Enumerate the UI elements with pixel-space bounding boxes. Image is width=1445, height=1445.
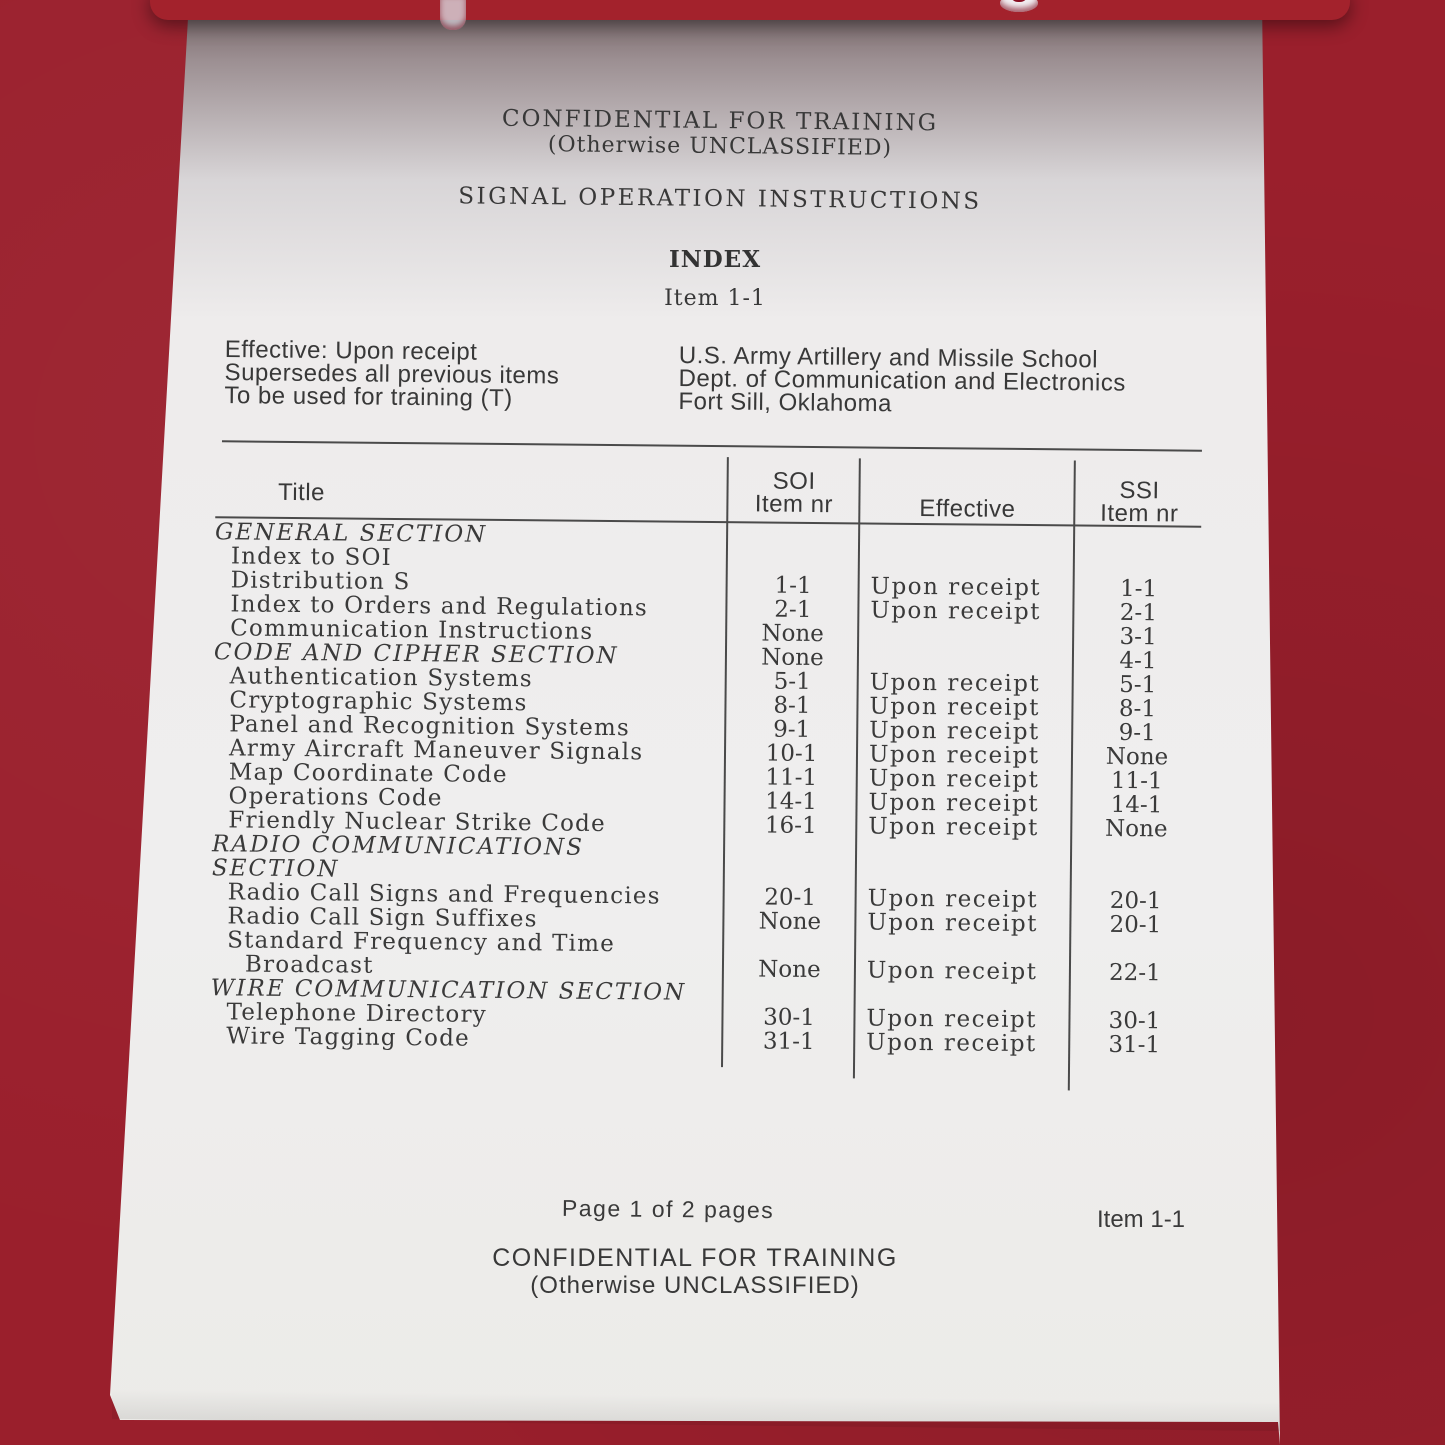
ssi-item-nr: 20-1 bbox=[1074, 888, 1198, 913]
soi-item-nr bbox=[727, 981, 852, 982]
ssi-item-nr bbox=[1073, 936, 1197, 937]
ssi-item-nr: 22-1 bbox=[1073, 960, 1197, 985]
soi-item-nr: 1-1 bbox=[731, 573, 856, 598]
ssi-item-nr bbox=[1077, 529, 1201, 530]
effective-value: Upon receipt bbox=[866, 1031, 1066, 1057]
ssi-item-nr: 2-1 bbox=[1076, 600, 1200, 625]
ssi-item-nr: 4-1 bbox=[1076, 648, 1200, 673]
soi-item-nr: None bbox=[727, 957, 852, 982]
soi-item-nr: 20-1 bbox=[728, 885, 853, 910]
soi-item-nr: None bbox=[730, 621, 855, 646]
effective-value: Upon receipt bbox=[868, 791, 1068, 817]
soi-item-nr: 10-1 bbox=[729, 741, 854, 766]
table-body: GENERAL SECTIONIndex to SOIDistribution … bbox=[186, 520, 1203, 1058]
soi-item-nr: None bbox=[730, 645, 855, 670]
table-top-rule bbox=[222, 440, 1202, 451]
ssi-item-nr: 5-1 bbox=[1076, 672, 1200, 697]
effective-value: Upon receipt bbox=[869, 695, 1069, 721]
soi-item-nr bbox=[728, 837, 853, 838]
effective-info: Effective: Upon receipt Supersedes all p… bbox=[224, 338, 559, 411]
ssi-item-nr bbox=[1074, 864, 1198, 865]
soi-item-nr: 9-1 bbox=[729, 717, 854, 742]
classification-note-header: (Otherwise UNCLASSIFIED) bbox=[470, 131, 970, 161]
soi-item-nr: 14-1 bbox=[728, 789, 853, 814]
ssi-item-nr: 20-1 bbox=[1073, 912, 1197, 937]
training-line: To be used for training (T) bbox=[224, 384, 559, 411]
ssi-item-nr: None bbox=[1074, 816, 1198, 841]
ssi-item-nr bbox=[1074, 840, 1198, 841]
ssi-item-nr: 1-1 bbox=[1077, 576, 1201, 601]
index-table: Title SOI Item nr Effective SSI Item nr … bbox=[186, 440, 1204, 1100]
soi-item-nr: None bbox=[727, 909, 852, 934]
classification-footer: CONFIDENTIAL FOR TRAINING bbox=[440, 1244, 950, 1273]
soi-label: SOI bbox=[732, 469, 857, 493]
row-title: Operations Code bbox=[228, 784, 442, 810]
effective-value: Upon receipt bbox=[868, 815, 1068, 841]
effective-value: Upon receipt bbox=[867, 959, 1067, 985]
ssi-item-nr: None bbox=[1075, 744, 1199, 769]
effective-value: Upon receipt bbox=[869, 719, 1069, 745]
row-title: Distribution S bbox=[231, 568, 411, 594]
column-header-soi: SOI Item nr bbox=[731, 469, 856, 516]
effective-value: Upon receipt bbox=[867, 911, 1067, 937]
item-number: Item 1-1 bbox=[615, 286, 815, 311]
effective-value: Upon receipt bbox=[870, 671, 1070, 697]
row-title: Broadcast bbox=[245, 953, 374, 978]
effective-value: Upon receipt bbox=[868, 887, 1068, 913]
soi-item-nr: 16-1 bbox=[728, 813, 853, 838]
soi-item-nr bbox=[728, 861, 853, 862]
effective-value: Upon receipt bbox=[866, 1007, 1066, 1033]
soi-item-nr-label: Item nr bbox=[731, 492, 856, 516]
ssi-item-nr: 31-1 bbox=[1072, 1032, 1196, 1057]
issuing-organization: U.S. Army Artillery and Missile School D… bbox=[678, 344, 1126, 418]
ssi-label: SSI bbox=[1077, 479, 1201, 503]
effective-value: Upon receipt bbox=[869, 767, 1069, 793]
binder-tab bbox=[150, 0, 1350, 20]
effective-value: Upon receipt bbox=[869, 743, 1069, 769]
ssi-item-nr: 14-1 bbox=[1074, 792, 1198, 817]
row-title: SECTION bbox=[212, 856, 340, 881]
ssi-item-nr bbox=[1077, 553, 1201, 554]
row-title: Wire Tagging Code bbox=[226, 1024, 470, 1050]
ssi-item-nr: 3-1 bbox=[1076, 624, 1200, 649]
ssi-item-nr: 9-1 bbox=[1075, 720, 1199, 745]
ssi-item-nr: 30-1 bbox=[1072, 1008, 1196, 1033]
soi-item-nr: 31-1 bbox=[726, 1029, 851, 1054]
page-number: Page 1 of 2 pages bbox=[562, 1195, 774, 1224]
ssi-item-nr-label: Item nr bbox=[1077, 502, 1201, 526]
footer-item-number: Item 1-1 bbox=[1097, 1206, 1185, 1234]
index-heading: INDEX bbox=[615, 246, 815, 273]
column-header-ssi: SSI Item nr bbox=[1077, 479, 1201, 526]
effective-value: Upon receipt bbox=[871, 575, 1071, 601]
soi-item-nr: 8-1 bbox=[729, 693, 854, 718]
soi-item-nr bbox=[727, 933, 852, 934]
soi-item-nr bbox=[731, 525, 856, 526]
row-title: Index to SOI bbox=[231, 544, 392, 570]
binder-clip bbox=[440, 0, 466, 30]
soi-item-nr: 5-1 bbox=[730, 669, 855, 694]
effective-value: Upon receipt bbox=[870, 599, 1070, 625]
soi-item-nr: 2-1 bbox=[730, 597, 855, 622]
document-title: SIGNAL OPERATION INSTRUCTIONS bbox=[440, 183, 1000, 215]
soi-item-nr: 11-1 bbox=[729, 765, 854, 790]
ssi-item-nr: 8-1 bbox=[1075, 696, 1199, 721]
classification-note-footer: (Otherwise UNCLASSIFIED) bbox=[470, 1272, 920, 1300]
ssi-item-nr: 11-1 bbox=[1075, 768, 1199, 793]
document-content: CONFIDENTIAL FOR TRAINING (Otherwise UNC… bbox=[0, 0, 1445, 1445]
soi-item-nr bbox=[731, 549, 856, 550]
column-header-effective: Effective bbox=[863, 496, 1071, 521]
effective-value bbox=[871, 527, 1071, 529]
soi-item-nr: 30-1 bbox=[726, 1005, 851, 1030]
ssi-item-nr bbox=[1073, 984, 1197, 985]
column-header-title: Title bbox=[231, 480, 371, 504]
